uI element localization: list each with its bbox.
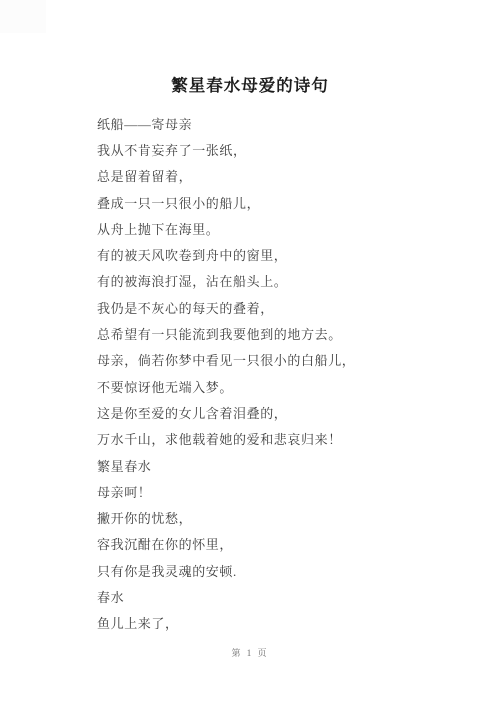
poem-line: 只有你是我灵魂的安顿. bbox=[97, 557, 470, 583]
corner-artifact bbox=[0, 0, 46, 33]
poem-line: 总希望有一只能流到我要他到的地方去。 bbox=[97, 320, 470, 346]
poem-line: 从舟上抛下在海里。 bbox=[97, 215, 470, 241]
poem-line: 母亲呵！ bbox=[97, 478, 470, 504]
poem-line: 我从不肯妄弃了一张纸， bbox=[97, 136, 470, 162]
poem-line: 母亲，倘若你梦中看见一只很小的白船儿， bbox=[97, 347, 470, 373]
poem-body: 纸船——寄母亲 我从不肯妄弃了一张纸， 总是留着留着， 叠成一只一只很小的船儿，… bbox=[97, 110, 470, 636]
poem-line: 撇开你的忧愁， bbox=[97, 504, 470, 530]
poem-line: 鱼儿上来了， bbox=[97, 610, 470, 636]
poem-line: 这是你至爱的女儿含着泪叠的， bbox=[97, 399, 470, 425]
document-page: 繁星春水母爱的诗句 纸船——寄母亲 我从不肯妄弃了一张纸， 总是留着留着， 叠成… bbox=[0, 0, 500, 708]
poem-line: 纸船——寄母亲 bbox=[97, 110, 470, 136]
page-title: 繁星春水母爱的诗句 bbox=[0, 72, 500, 96]
poem-line: 叠成一只一只很小的船儿， bbox=[97, 189, 470, 215]
poem-line: 繁星春水 bbox=[97, 452, 470, 478]
poem-line: 有的被天风吹卷到舟中的窗里， bbox=[97, 241, 470, 267]
poem-line: 万水千山，求他载着她的爱和悲哀归来！ bbox=[97, 426, 470, 452]
poem-line: 春水 bbox=[97, 583, 470, 609]
poem-line: 不要惊讶他无端入梦。 bbox=[97, 373, 470, 399]
poem-line: 容我沉酣在你的怀里， bbox=[97, 531, 470, 557]
poem-line: 我仍是不灰心的每天的叠着， bbox=[97, 294, 470, 320]
poem-line: 有的被海浪打湿，沾在船头上。 bbox=[97, 268, 470, 294]
page-number: 第 1 页 bbox=[0, 646, 500, 659]
poem-line: 总是留着留着， bbox=[97, 163, 470, 189]
